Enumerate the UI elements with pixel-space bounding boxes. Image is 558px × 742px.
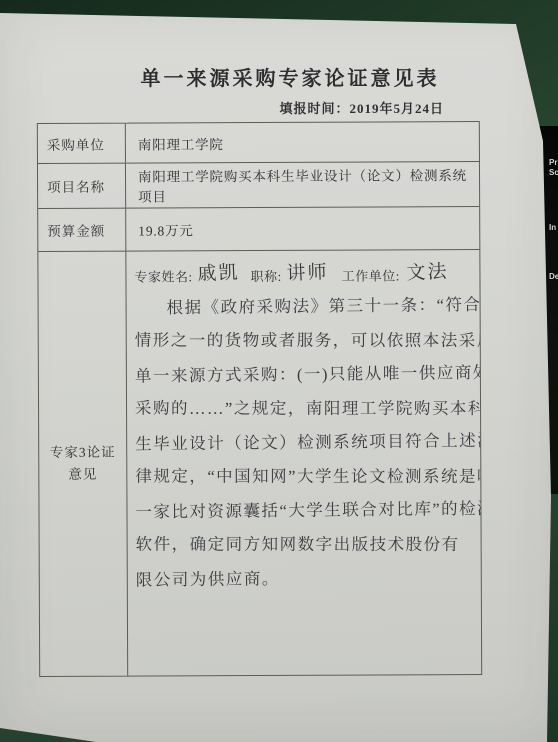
opinion-line: 限公司为供应商。 — [136, 560, 475, 598]
table-row: 采购单位 南阳理工学院 — [38, 122, 479, 164]
table-row: 预算金额 19.8万元 — [38, 207, 479, 252]
expert-name-handwritten: 戚凯 — [197, 257, 240, 286]
job-title-handwritten: 讲师 — [286, 257, 329, 286]
fill-date: 填报时间：2019年5月24日 — [0, 98, 444, 117]
photo-scene: Pr Sc In De 单一来源采购专家论证意见表 填报时间：2019年5月24… — [0, 0, 558, 742]
project-name-label: 项目名称 — [38, 164, 126, 208]
budget-amount-label: 预算金额 — [38, 209, 126, 251]
project-name-value: 南阳理工学院购买本科生毕业设计（论文）检测系统项目 — [126, 162, 479, 208]
printscreen-key-label: Sc — [549, 168, 558, 177]
job-title-label: 职称: — [251, 266, 282, 285]
opinion-line: 律规定，“中国知网”大学生论文检测系统是唯 — [135, 460, 474, 494]
delete-key-label: De — [549, 272, 558, 281]
opinion-line: 情形之一的货物或者服务，可以依照本法采用 — [135, 324, 474, 358]
insert-key-label: In — [549, 223, 556, 232]
expert-info-line: 专家姓名: 戚凯 职称: 讲师 工作单位: 文法 — [134, 253, 473, 285]
form-content: 单一来源采购专家论证意见表 填报时间：2019年5月24日 采购单位 南阳理工学… — [0, 0, 558, 742]
purchasing-unit-value: 南阳理工学院 — [126, 122, 479, 163]
expert-name-label: 专家姓名: — [134, 266, 192, 285]
fill-date-label: 填报时间： — [279, 101, 349, 116]
opinion-line: 采购的……”之规定，南阳理工学院购买本科 — [135, 392, 474, 426]
expert3-opinion-cell: 专家姓名: 戚凯 职称: 讲师 工作单位: 文法 根据《政府采购法》第三十一条：… — [126, 250, 481, 676]
expert3-opinion-label: 专家3论证意见 — [38, 252, 128, 676]
paper-sheet: 单一来源采购专家论证意见表 填报时间：2019年5月24日 采购单位 南阳理工学… — [0, 0, 558, 742]
handwritten-opinion: 根据《政府采购法》第三十一条：“符合下列 情形之一的货物或者服务，可以依照本法采… — [135, 289, 475, 596]
purchasing-unit-label: 采购单位 — [38, 124, 126, 163]
work-unit-label: 工作单位: — [342, 265, 400, 284]
opinion-line: 单一来源方式采购：(一)只能从唯一供应商处 — [135, 356, 474, 394]
page-title: 单一来源采购专家论证意见表 — [80, 62, 500, 91]
work-unit-handwritten: 文法 — [406, 256, 449, 285]
budget-amount-value: 19.8万元 — [126, 207, 479, 251]
opinion-line: 根据《政府采购法》第三十一条：“符合下列 — [134, 288, 473, 326]
opinion-line: 软件，确定同方知网数字出版技术股份有 — [136, 528, 475, 562]
opinion-form-table: 采购单位 南阳理工学院 项目名称 南阳理工学院购买本科生毕业设计（论文）检测系统… — [37, 121, 482, 677]
printscreen-key-label: Pr — [549, 158, 557, 167]
opinion-line: 一家比对资源囊括“大学生联合对比库”的检测 — [135, 492, 474, 530]
table-row: 项目名称 南阳理工学院购买本科生毕业设计（论文）检测系统项目 — [38, 162, 479, 209]
fill-date-value: 2019年5月24日 — [349, 101, 444, 116]
opinion-line: 生毕业设计（论文）检测系统项目符合上述法 — [135, 424, 474, 462]
table-row: 专家3论证意见 专家姓名: 戚凯 职称: 讲师 工作单位: 文法 根据《政府采购… — [38, 250, 481, 676]
